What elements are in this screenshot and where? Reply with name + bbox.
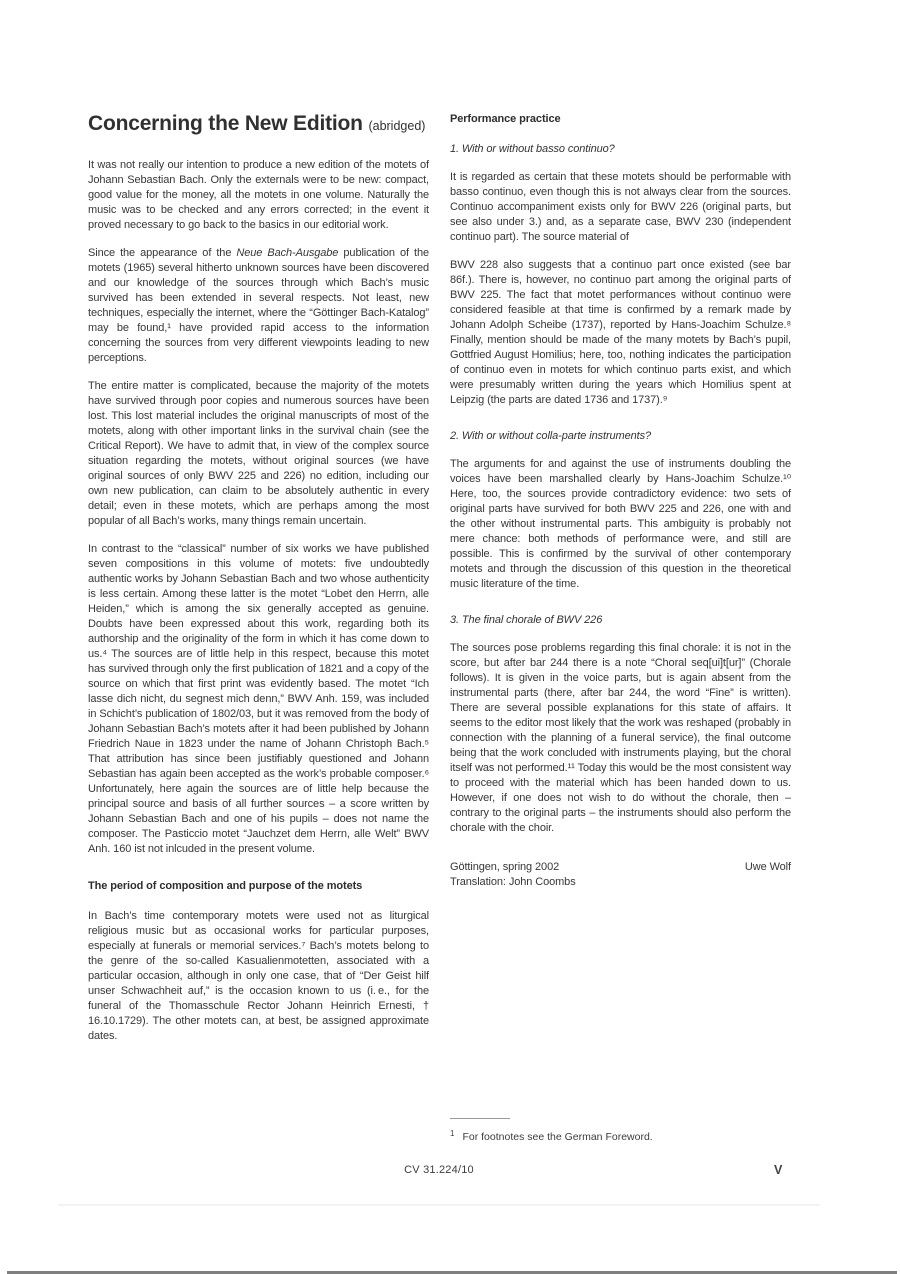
section-heading-period-of-composition: The period of composition and purpose of… <box>88 879 429 894</box>
section-colla-parte: 2. With or without colla-parte instrumen… <box>450 429 791 592</box>
footnote-text: For footnotes see the German Foreword. <box>462 1131 652 1143</box>
page-edge-rule <box>58 1204 820 1206</box>
subsection-heading-2: 2. With or without colla-parte instrumen… <box>450 429 791 444</box>
page-title-text: Concerning the New Edition <box>88 112 363 135</box>
section-1-paragraph-2: BWV 228 also suggests that a continuo pa… <box>450 258 791 408</box>
section-2-paragraph-1: The arguments for and against the use of… <box>450 457 791 592</box>
foreword-page: Concerning the New Edition (abridged) It… <box>0 0 900 1274</box>
subsection-heading-1: 1. With or without basso continuo? <box>450 142 791 157</box>
section-heading-performance-practice: Performance practice <box>450 112 791 127</box>
left-paragraph-5: In Bach’s time contemporary motets were … <box>88 909 429 1044</box>
catalog-number: CV 31.224/10 <box>88 1164 790 1176</box>
page-title: Concerning the New Edition (abridged) <box>88 112 429 138</box>
section-final-chorale: 3. The final chorale of BWV 226 The sour… <box>450 613 791 836</box>
section-3-paragraph-1: The sources pose problems regarding this… <box>450 641 791 836</box>
section-1-paragraph-1: It is regarded as certain that these mot… <box>450 170 791 245</box>
footnote-block: 1For footnotes see the German Foreword. <box>450 1118 791 1144</box>
page-number: V <box>774 1163 794 1177</box>
signoff-place-date: Göttingen, spring 2002 <box>450 860 559 875</box>
section-basso-continuo: 1. With or without basso continuo? It is… <box>450 142 791 408</box>
page-title-note: (abridged) <box>368 119 425 133</box>
right-column: Performance practice 1. With or without … <box>450 112 791 890</box>
left-paragraph-2: Since the appearance of the Neue Bach-Au… <box>88 246 429 366</box>
left-paragraph-1: It was not really our intention to produ… <box>88 158 429 233</box>
signoff-block: Göttingen, spring 2002 Uwe Wolf Translat… <box>450 860 791 890</box>
subsection-heading-3: 3. The final chorale of BWV 226 <box>450 613 791 628</box>
left-paragraph-4: In contrast to the “classical” number of… <box>88 542 429 857</box>
footnote-divider <box>450 1118 510 1119</box>
left-paragraph-3: The entire matter is complicated, becaus… <box>88 379 429 529</box>
footnote-1: 1For footnotes see the German Foreword. <box>450 1127 791 1144</box>
signoff-translation: Translation: John Coombs <box>450 875 791 890</box>
signoff-author: Uwe Wolf <box>745 860 791 875</box>
footnote-marker: 1 <box>450 1129 454 1138</box>
left-column: Concerning the New Edition (abridged) It… <box>88 112 429 1057</box>
